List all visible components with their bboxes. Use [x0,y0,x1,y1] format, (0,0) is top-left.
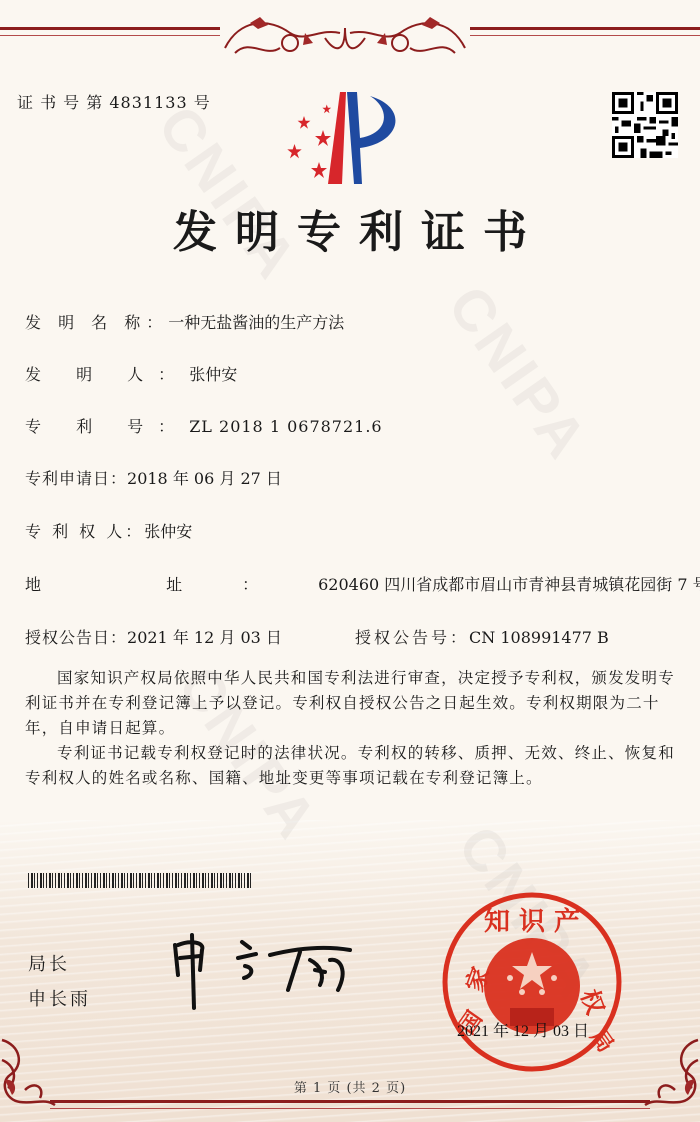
certificate-number-label: 证 书 号 第 [17,93,103,112]
qr-code[interactable] [612,92,678,158]
official-seal-icon: 知 识 产 家 权 局 国 [440,890,624,1074]
director-title: 局长 [28,950,70,976]
seal-date: 2021 年 12 月 03 日 [457,1018,589,1041]
field-value: 2018 年 06 月 27 日 [127,466,282,489]
director-name: 申长雨 [28,985,91,1011]
certificate-number-suffix: 号 [194,93,211,112]
field-value: ZL 2018 1 0678721.6 [189,417,382,436]
field-value: 张仲安 [189,362,237,385]
svg-text:权: 权 [575,986,611,1019]
corner-ornament-icon [630,1020,700,1115]
field-label: 地 址： [25,572,318,595]
body-paragraph-legal-status: 专利证书记载专利权登记时的法律状况。专利权的转移、质押、无效、终止、恢复和专利权… [25,741,685,791]
field-label: 专利申请日： [25,466,127,489]
cnipa-logo-icon [280,88,420,188]
field-label: 授权公告号： [355,625,469,648]
seal-text: 知 识 产 [484,906,580,937]
field-label: 发 明 名 称： [25,310,168,333]
page-indicator: 第 1 页 (共 2 页) [0,1077,700,1096]
field-address: 地 址：620460 四川省成都市眉山市青神县青城镇花园街 7 号 [25,572,700,595]
corner-ornament-icon [0,1020,70,1115]
field-value: CN 108991477 B [469,628,609,647]
field-invention-name: 发 明 名 称：一种无盐酱油的生产方法 [25,310,344,333]
field-label: 专 利 权 人： [25,519,144,542]
field-value: 一种无盐酱油的生产方法 [168,310,344,333]
field-patentee: 专 利 权 人：张仲安 [25,519,192,542]
document-title: 发明专利证书 [0,196,700,260]
barcode [28,873,252,888]
field-grant-date: 授权公告日：2021 年 12 月 03 日 [25,625,282,648]
bottom-rule [50,1100,650,1109]
dragon-ornament-icon [220,8,470,66]
field-value: 2021 年 12 月 03 日 [127,625,282,648]
field-grant-number: 授权公告号：CN 108991477 B [355,625,609,648]
field-inventor: 发 明 人：张仲安 [25,362,237,385]
field-label: 发 明 人： [25,362,189,385]
field-label: 授权公告日： [25,625,127,648]
field-value: 620460 四川省成都市眉山市青神县青城镇花园街 7 号 [318,572,700,595]
certificate-number-value: 4831133 [109,93,187,112]
body-paragraph-grant: 国家知识产权局依照中华人民共和国专利法进行审查，决定授予专利权，颁发发明专利证书… [25,666,685,741]
certificate-number: 证 书 号 第 4831133 号 [17,90,211,113]
watermark: CNIPA [434,274,601,473]
handwritten-signature [170,930,360,1010]
top-border [0,0,700,70]
field-patent-number: 专 利 号：ZL 2018 1 0678721.6 [25,414,383,437]
svg-text:局: 局 [585,1024,619,1057]
field-value: 张仲安 [144,519,192,542]
field-label: 专 利 号： [25,414,189,437]
field-application-date: 专利申请日：2018 年 06 月 27 日 [25,466,282,489]
